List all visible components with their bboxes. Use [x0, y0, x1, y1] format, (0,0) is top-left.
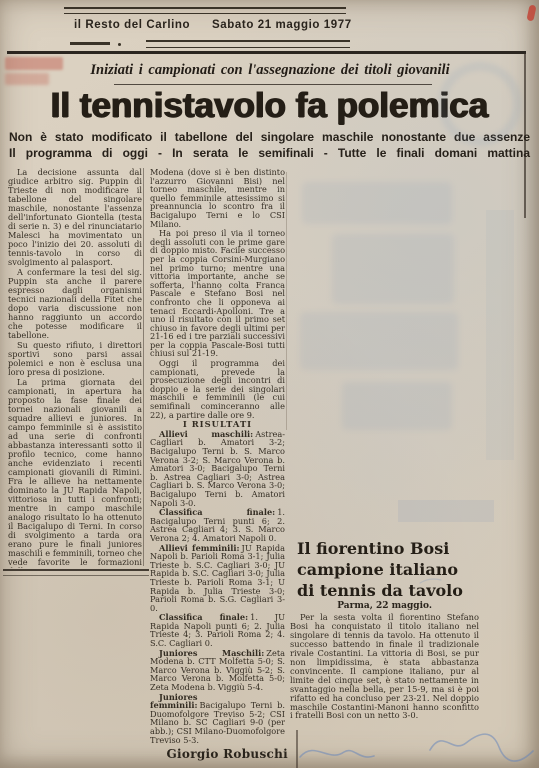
column-divider-rule: [296, 730, 298, 768]
side-article-body: Per la sesta volta il fiorentino Stefano…: [290, 613, 479, 720]
red-ink-mark: [526, 4, 536, 21]
side-headline-line: di tennis da tavolo: [297, 580, 507, 601]
article-column-1: La decisione assunta dal giudice arbitro…: [8, 168, 142, 568]
result-entry: Juniores Maschili:Zeta Modena b. CTT Mol…: [150, 649, 285, 692]
column1-end-rule: [3, 569, 149, 576]
paragraph: La decisione assunta dal giudice arbitro…: [8, 168, 142, 267]
pen-scribble-stroke: [300, 750, 374, 757]
paragraph: Ha poi preso il via il torneo degli asso…: [150, 229, 285, 358]
result-entry: Allievi femminili:JU Rapida Napoli b. Pa…: [150, 544, 285, 613]
side-article-dateline: Parma, 22 maggio.: [300, 601, 432, 611]
paragraph: Oggi il programma dei campionati, preved…: [150, 359, 285, 419]
masthead-under-rule-right: [146, 40, 350, 48]
column2-paragraphs: Modena (dove si è ben distinto l'azzurro…: [150, 168, 285, 419]
results-list: Allievi maschili:Astrea-Cagliari b. Amat…: [150, 430, 285, 744]
result-entry: Allievi maschili:Astrea-Cagliari b. Amat…: [150, 430, 285, 507]
masthead-under-rule-left: [70, 42, 110, 45]
deck: Non è stato modificato il tabellone del …: [9, 130, 530, 161]
main-headline: Il tennistavolo fa polemica: [0, 86, 539, 126]
paragraph: La prima giornata dei campionati, in ape…: [8, 378, 142, 568]
result-entry: Classifica finale:1. JU Rapida Napoli pu…: [150, 613, 285, 647]
side-headline-line: campione italiano: [297, 559, 507, 580]
pen-scribble-stroke: [430, 734, 533, 761]
header-divider-rule: [7, 51, 526, 54]
issue-date: Sabato 21 maggio 1977: [212, 19, 352, 31]
deck-line: Il programma di oggi - In serata le semi…: [9, 146, 530, 162]
bleed-through-ghost: [332, 234, 454, 304]
paragraph: Modena (dove si è ben distinto l'azzurro…: [150, 168, 285, 228]
result-entry: Juniores femminili:Bacigalupo Terni b. D…: [150, 693, 285, 745]
deck-line: Non è stato modificato il tabellone del …: [9, 130, 530, 146]
byline: Giorgio Robuschi: [150, 747, 288, 761]
paragraph: A confermare la tesi del sig. Puppin sta…: [8, 268, 142, 340]
side-headline-line: Il fiorentino Bosi: [297, 538, 507, 559]
side-article-headline: Il fiorentino Bosi campione italiano di …: [297, 538, 507, 601]
red-ink-bleed-ghost: [5, 73, 49, 85]
result-text: Astrea-Cagliari b. Amatori 3-2; Bacigalu…: [150, 429, 285, 508]
bleed-through-ghost: [486, 210, 514, 460]
red-ink-bleed-ghost: [5, 57, 63, 70]
results-header: I RISULTATI: [150, 420, 285, 429]
bleed-through-ghost: [302, 182, 452, 224]
newspaper-name: il Resto del Carlino: [74, 19, 190, 31]
column-divider-rule: [286, 172, 287, 430]
article-column-2: Modena (dove si è ben distinto l'azzurro…: [150, 168, 285, 746]
result-entry: Classifica finale:1. Bacigalupo Terni pu…: [150, 508, 285, 542]
bleed-through-ghost: [398, 500, 494, 522]
bleed-through-ghost: [342, 382, 452, 430]
result-text: JU Rapida Napoli b. Parioli Roma 3-1; Ju…: [150, 543, 285, 613]
newspaper-clipping: il Resto del Carlino Sabato 21 maggio 19…: [0, 0, 539, 768]
masthead-dot: [118, 43, 121, 46]
result-category-label: Juniores femminili:: [150, 692, 197, 711]
paragraph: Su questo rifiuto, i direttori sportivi …: [8, 341, 142, 377]
masthead-top-rule: [64, 7, 346, 14]
column-divider-rule: [143, 168, 144, 566]
kicker: Iniziati i campionati con l'assegnazione…: [70, 62, 470, 79]
bleed-through-ghost: [300, 312, 458, 370]
